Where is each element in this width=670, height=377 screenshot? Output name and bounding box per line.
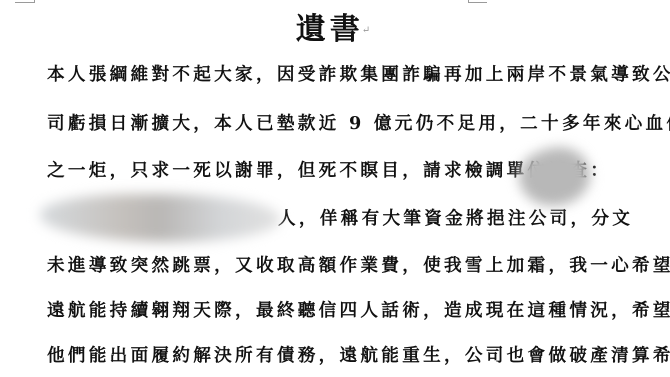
text-line: 司虧損日漸擴大，本人已墊款近 9 億元仍不足用，二十多年來心血付 bbox=[47, 112, 637, 136]
document-title: 遺書↵ bbox=[0, 10, 670, 51]
text-line: 本人張綱維對不起大家，因受詐欺集團詐騙再加上兩岸不景氣導致公 bbox=[47, 63, 637, 87]
text-line: 人，佯稱有大筆資金將挹注公司，分文 bbox=[278, 207, 670, 231]
paragraph-mark-icon: ↵ bbox=[362, 25, 374, 36]
document-page: 遺書↵ 本人張綱維對不起大家，因受詐欺集團詐騙再加上兩岸不景氣導致公 司虧損日漸… bbox=[0, 0, 670, 377]
margin-corner-mark bbox=[15, 0, 35, 3]
text-line: 遠航能持續翱翔天際，最終聽信四人話術，造成現在這種情況，希望 bbox=[47, 299, 637, 323]
redaction-smudge bbox=[40, 194, 280, 242]
text-line: 他們能出面履約解決所有債務，遠航能重生，公司也會做破產清算希 bbox=[47, 344, 637, 368]
margin-corner-mark bbox=[468, 0, 487, 3]
title-text: 遺書 bbox=[296, 12, 364, 47]
text-line: 未進導致突然跳票，又收取高額作業費，使我雪上加霜，我一心希望 bbox=[47, 254, 637, 278]
redaction-smudge bbox=[512, 138, 598, 216]
